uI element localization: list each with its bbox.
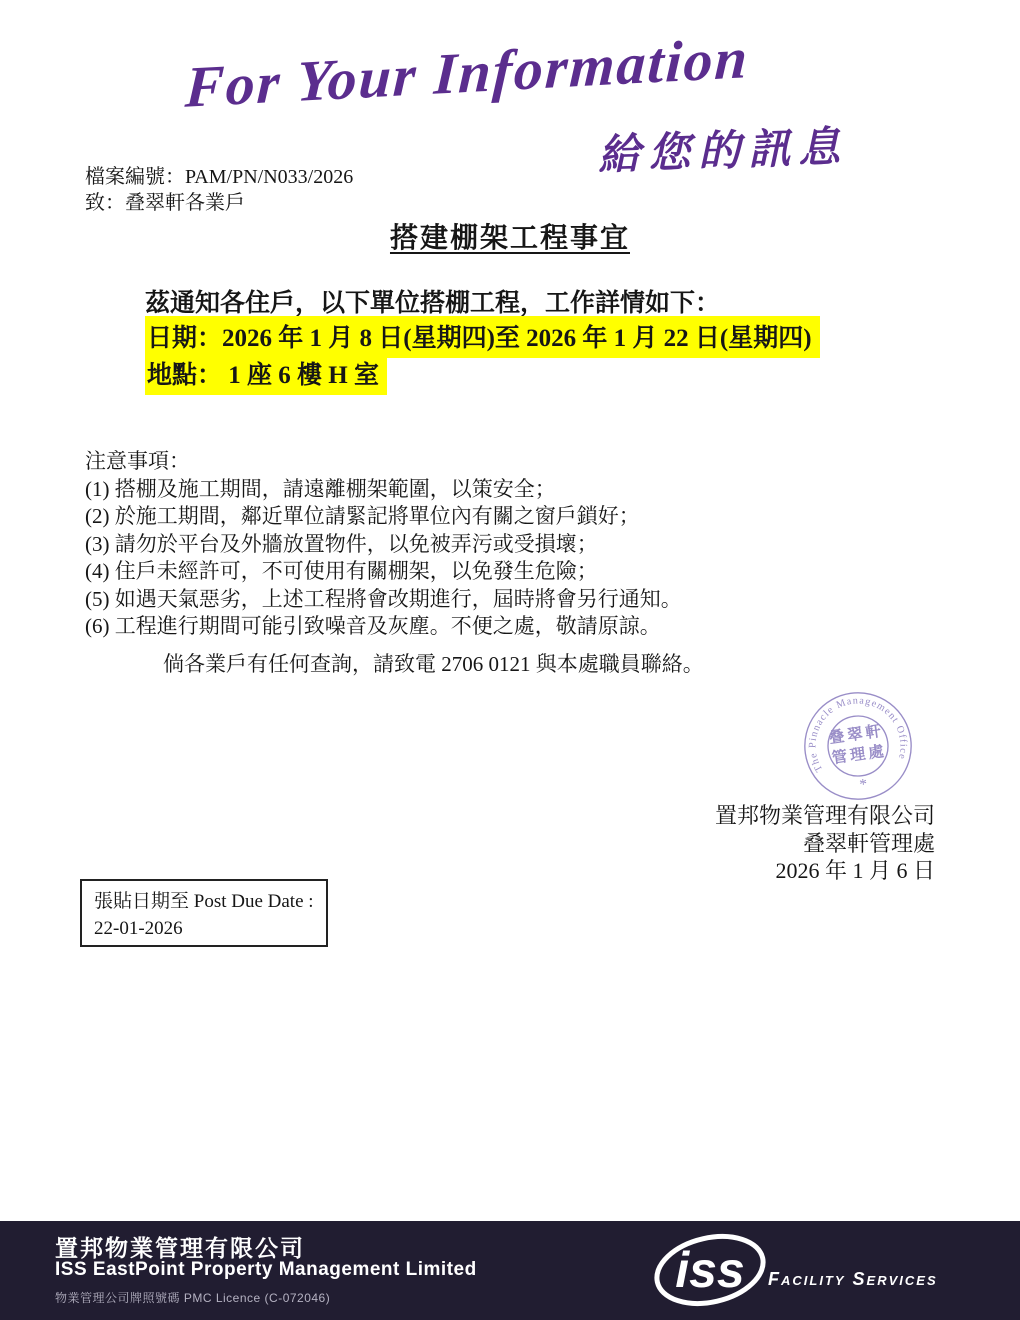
footer-company-en: ISS EastPoint Property Management Limite… [55, 1259, 477, 1281]
signature-office: 叠翠軒管理處 [715, 830, 935, 858]
location-line: 地點： 1 座 6 樓 H 室 [145, 353, 387, 395]
note-item: (6) 工程進行期間可能引致噪音及灰塵。不便之處，敬請原諒。 [85, 613, 682, 641]
note-item: (2) 於施工期間，鄰近單位請緊記將單位內有關之窗戶鎖好； [85, 503, 682, 531]
signature-company: 置邦物業管理有限公司 [715, 802, 935, 830]
iss-logo-icon: iss [652, 1227, 772, 1313]
notes-heading: 注意事項： [85, 448, 682, 476]
document-meta: 檔案編號：PAM/PN/N033/2026 致：叠翠軒各業戶 [85, 164, 353, 216]
location-highlight: 地點： 1 座 6 樓 H 室 [145, 353, 387, 395]
date-line: 日期：2026 年 1 月 8 日(星期四)至 2026 年 1 月 22 日(… [145, 316, 820, 358]
signature-block: 置邦物業管理有限公司 叠翠軒管理處 2026 年 1 月 6 日 [715, 802, 935, 885]
notes-section: 注意事項： (1) 搭棚及施工期間，請遠離棚架範圍，以策安全； (2) 於施工期… [85, 448, 682, 641]
fyi-chinese-calligraphy: 給您的訊息 [597, 114, 849, 183]
management-office-stamp: The Pinnacle Management Office 叠翠軒 管理處 * [800, 688, 916, 804]
post-due-label: 張貼日期至 Post Due Date : [94, 888, 314, 915]
iss-logo-text: iss [675, 1242, 745, 1298]
post-due-date-box: 張貼日期至 Post Due Date : 22-01-2026 [80, 879, 328, 947]
fyi-script-logo: For Your Information [184, 22, 787, 121]
note-item: (5) 如遇天氣惡劣，上述工程將會改期進行，屆時將會另行通知。 [85, 586, 682, 614]
notice-document: For Your Information 給您的訊息 檔案編號：PAM/PN/N… [0, 0, 1020, 1320]
post-due-date: 22-01-2026 [94, 915, 314, 942]
intro-line: 茲通知各住戶，以下單位搭棚工程，工作詳情如下： [145, 283, 720, 319]
stamp-asterisk: * [858, 776, 868, 794]
note-item: (1) 搭棚及施工期間，請遠離棚架範圍，以策安全； [85, 476, 682, 504]
note-item: (4) 住戶未經許可，不可使用有關棚架，以免發生危險； [85, 558, 682, 586]
iss-facility-services-label: Facility Services [768, 1269, 938, 1290]
page-title: 搭建棚架工程事宜 [0, 216, 1020, 256]
contact-line: 倘各業戶有任何查詢，請致電 2706 0121 與本處職員聯絡。 [163, 648, 704, 678]
footer-bar: 置邦物業管理有限公司 ISS EastPoint Property Manage… [0, 1221, 1020, 1320]
recipient-line: 致：叠翠軒各業戶 [85, 190, 353, 216]
signature-date: 2026 年 1 月 6 日 [715, 857, 935, 885]
note-item: (3) 請勿於平台及外牆放置物件，以免被弄污或受損壞； [85, 531, 682, 559]
date-highlight: 日期：2026 年 1 月 8 日(星期四)至 2026 年 1 月 22 日(… [145, 316, 820, 358]
file-number: 檔案編號：PAM/PN/N033/2026 [85, 164, 353, 190]
footer-licence: 物業管理公司牌照號碼 PMC Licence (C-072046) [55, 1289, 330, 1306]
